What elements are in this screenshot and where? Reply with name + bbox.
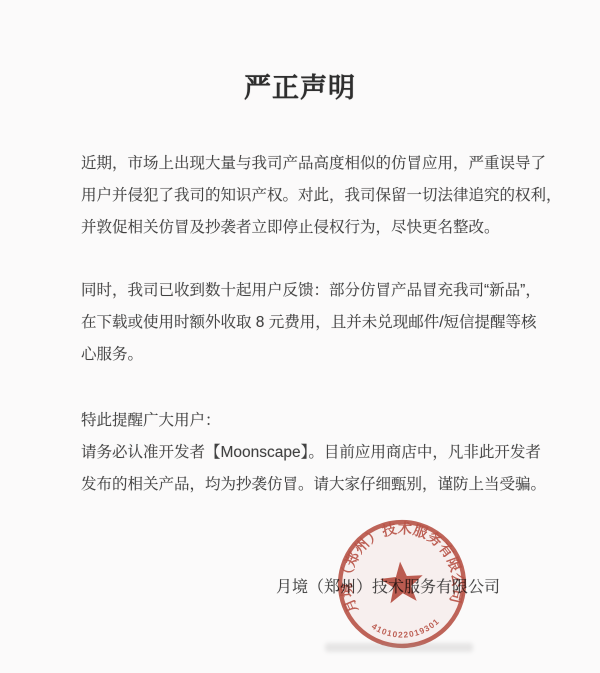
statement-title: 严正声明: [0, 66, 600, 105]
statement-document: 严正声明 近期，市场上出现大量与我司产品高度相似的仿冒应用，严重误导了用户并侵犯…: [0, 0, 600, 673]
statement-text-line: 请务必认准开发者【Moonscape】。目前应用商店中，凡非此开发者: [81, 437, 551, 469]
paragraph-infringement-warning: 近期，市场上出现大量与我司产品高度相似的仿冒应用，严重误导了用户并侵犯了我司的知…: [81, 148, 551, 244]
statement-text-line: 在下载或使用时额外收取 8 元费用，且并未兑现邮件/短信提醒等核: [81, 307, 551, 339]
statement-text-line: 发布的相关产品，均为抄袭仿冒。请大家仔细甄别，谨防上当受骗。: [81, 469, 551, 501]
paragraph-user-notice: 特此提醒广大用户：请务必认准开发者【Moonscape】。目前应用商店中，凡非此…: [81, 405, 551, 501]
paragraph-user-feedback: 同时，我司已收到数十起用户反馈：部分仿冒产品冒充我司“新品”，在下载或使用时额外…: [81, 275, 551, 371]
statement-text-line: 特此提醒广大用户：: [81, 405, 551, 437]
statement-text-line: 心服务。: [81, 339, 551, 371]
statement-text-line: 并敦促相关仿冒及抄袭者立即停止侵权行为，尽快更名整改。: [81, 212, 551, 244]
statement-text-line: 用户并侵犯了我司的知识产权。对此，我司保留一切法律追究的权利，: [81, 180, 551, 212]
scan-bleed-artifact: [325, 643, 473, 652]
statement-text-line: 近期，市场上出现大量与我司产品高度相似的仿冒应用，严重误导了: [81, 148, 551, 180]
statement-text-line: 同时，我司已收到数十起用户反馈：部分仿冒产品冒充我司“新品”，: [81, 275, 551, 307]
